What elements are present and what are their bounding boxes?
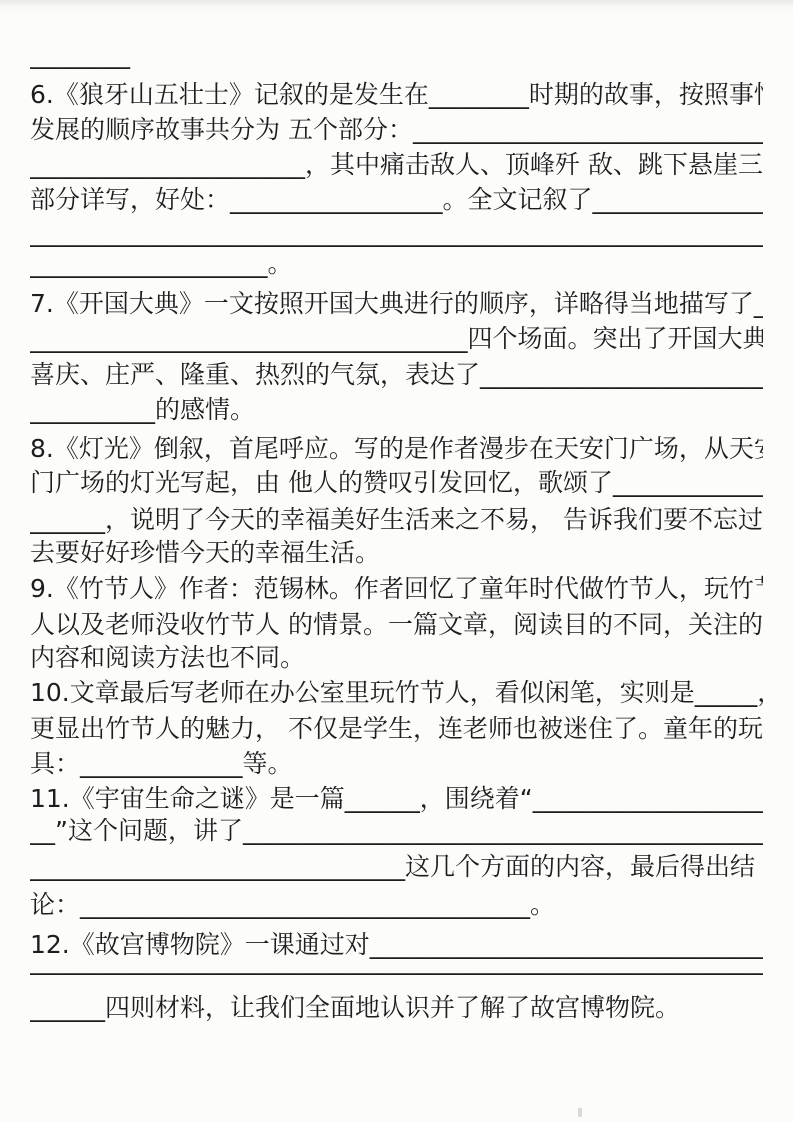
question-7-line-2: ___________________________________四个场面。… [30,322,763,356]
question-8-line-3: ______，说明了今天的幸福美好生活来之不易， 告诉我们要不忘过 [30,503,763,537]
question-12-line-3: ______四则材料，让我们全面地认识并了解了故宫博物院。 [30,991,763,1025]
question-9-line-2: 人以及老师没收竹节人 的情景。一篇文章，阅读目的不同，关注的 [30,608,763,642]
question-10-line-1: 10.文章最后写老师在办公室里玩竹节人，看似闲笔，实则是_____， [30,676,763,710]
worksheet-page: ________ 6.《狼牙山五壮士》记叙的是发生在________时期的故事，… [0,0,793,1122]
question-8-line-4: 去要好好珍惜今天的幸福生活。 [30,536,763,570]
question-9-line-1: 9.《竹节人》作者：范锡林。作者回忆了童年时代做竹节人，玩竹节 [30,572,763,606]
question-11-line-4: 论：____________________________________。 [30,888,763,922]
question-6-answer-line-full: ________________________________________… [30,216,763,250]
question-10-line-2: 更显出竹节人的魅力， 不仅是学生，连老师也被迷住了。童年的玩 [30,712,763,746]
answer-line-continuation: ________ [30,38,763,72]
question-6-line-3: ______________________，其中痛击敌人、顶峰歼 敌、跳下悬崖… [30,148,763,182]
question-11-line-3: ______________________________这几个方面的内容，最… [30,850,763,884]
question-6-line-1: 6.《狼牙山五壮士》记叙的是发生在________时期的故事，按照事情 [30,78,763,112]
question-11-line-1: 11.《宇宙生命之谜》是一篇______，围绕着“_______________… [30,782,763,816]
question-7-line-4: __________的感情。 [30,393,763,427]
question-9-line-3: 内容和阅读方法也不同。 [30,641,763,675]
question-6-line-2: 发展的顺序故事共分为 五个部分：________________________… [30,113,763,147]
question-8-line-1: 8.《灯光》倒叙，首尾呼应。写的是作者漫步在天安门广场，从天安 [30,432,763,466]
scan-artifact-speck [578,1108,582,1117]
question-6-line-4: 部分详写，好处：_________________。全文记叙了_________… [30,183,763,217]
question-10-line-3: 具：_____________等。 [30,747,763,781]
question-6-answer-line-end: ___________________。 [30,247,763,281]
question-11-line-2: __”这个问题，讲了______________________________… [30,814,763,848]
question-7-line-3: 喜庆、庄严、隆重、热烈的气氛，表达了______________________… [30,358,763,392]
question-8-line-2: 门广场的灯光写起，由 他人的赞叹引发回忆，歌颂了________________… [30,466,763,500]
question-12-answer-line-full: ________________________________________… [30,944,763,978]
question-7-line-1: 7.《开国大典》一文按照开国大典进行的顺序，详略得当地描写了___ [30,287,763,321]
